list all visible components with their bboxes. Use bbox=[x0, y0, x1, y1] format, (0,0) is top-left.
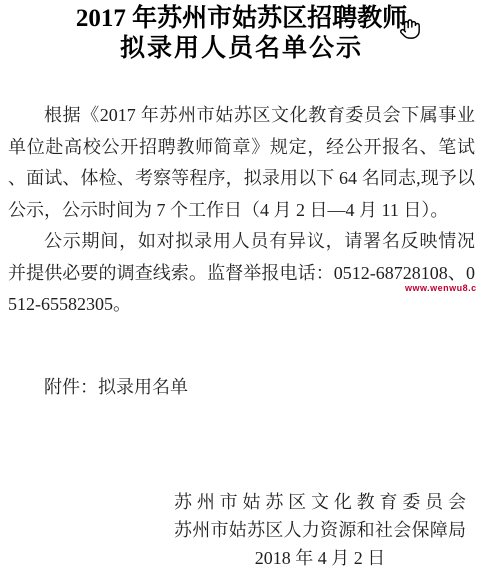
paragraph-objection-contact: 公示期间，如对拟录用人员有异议，请署名反映情况并提供必要的调查线索。监督举报电话… bbox=[8, 226, 475, 321]
document-body: 根据《2017 年苏州市姑苏区文化教育委员会下属事业单位赴高校公开招聘教师简章》… bbox=[8, 100, 475, 403]
document-title: 2017 年苏州市姑苏区招聘教师 拟录用人员名单公示 bbox=[0, 0, 483, 64]
signature-org-culture-education-committee: 苏州市姑苏区文化教育委员会 bbox=[174, 488, 466, 516]
signature-block: 苏州市姑苏区文化教育委员会 苏州市姑苏区人力资源和社会保障局 2018 年 4 … bbox=[174, 488, 466, 572]
signature-date: 2018 年 4 月 2 日 bbox=[174, 544, 466, 572]
announcement-document-page: 2017 年苏州市姑苏区招聘教师 拟录用人员名单公示 根据《2017 年苏州市姑… bbox=[0, 0, 483, 578]
attachment-line: 附件：拟录用名单 bbox=[8, 372, 475, 404]
title-line-1: 2017 年苏州市姑苏区招聘教师 bbox=[0, 4, 483, 34]
title-line-2: 拟录用人员名单公示 bbox=[0, 34, 483, 64]
watermark-text: www.wenwu8.c bbox=[405, 283, 477, 293]
signature-org-human-resources-bureau: 苏州市姑苏区人力资源和社会保障局 bbox=[174, 516, 466, 544]
paragraph-recruitment-basis: 根据《2017 年苏州市姑苏区文化教育委员会下属事业单位赴高校公开招聘教师简章》… bbox=[8, 100, 475, 226]
